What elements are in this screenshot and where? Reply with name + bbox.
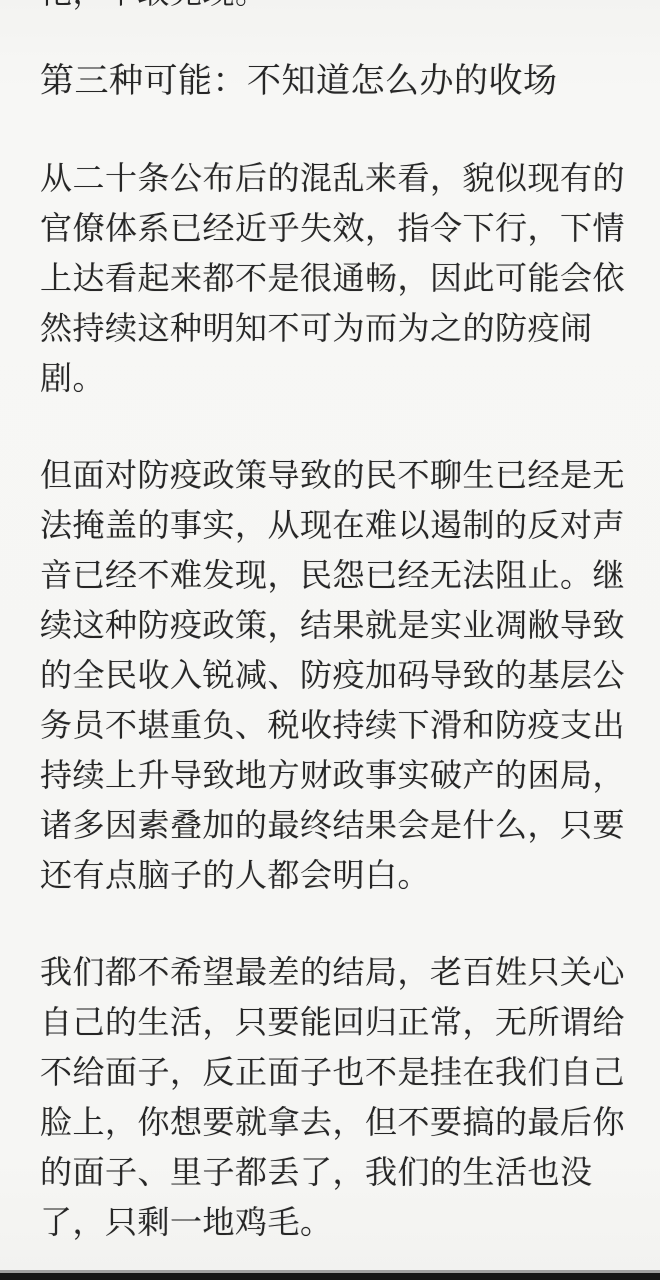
text-line: 持续上升导致地方财政事实破产的困局， xyxy=(40,750,622,800)
paragraph: 从二十条公布后的混乱来看，貌似现有的官僚体系已经近乎失效，指令下行，下情上达看起… xyxy=(40,153,622,403)
screen-edge-bar xyxy=(0,1273,660,1280)
screen-bottom-edge xyxy=(0,1270,660,1280)
text-line: 然持续这种明知不可为而为之的防疫闹 xyxy=(40,303,622,353)
text-line: 续这种防疫政策，结果就是实业凋敝导致 xyxy=(40,600,622,650)
article-content: 化，不敢兑现。 第三种可能：不知道怎么办的收场 从二十条公布后的混乱来看，貌似现… xyxy=(0,0,660,1247)
text-line: 还有点脑子的人都会明白。 xyxy=(40,850,622,900)
section-heading: 第三种可能：不知道怎么办的收场 xyxy=(40,56,622,106)
clipped-line-text: 化，不敢兑现。 xyxy=(40,0,622,10)
text-line: 了，只剩一地鸡毛。 xyxy=(40,1197,622,1247)
article-page: 化，不敢兑现。 第三种可能：不知道怎么办的收场 从二十条公布后的混乱来看，貌似现… xyxy=(0,0,660,1280)
clipped-paragraph-line: 化，不敢兑现。 xyxy=(40,0,622,10)
text-line: 我们都不希望最差的结局，老百姓只关心 xyxy=(40,947,622,997)
text-line: 自己的生活，只要能回归正常，无所谓给 xyxy=(40,997,622,1047)
text-line: 不给面子，反正面子也不是挂在我们自己 xyxy=(40,1047,622,1097)
text-line: 务员不堪重负、税收持续下滑和防疫支出 xyxy=(40,700,622,750)
text-line: 音已经不难发现，民怨已经无法阻止。继 xyxy=(40,550,622,600)
text-line: 但面对防疫政策导致的民不聊生已经是无 xyxy=(40,450,622,500)
text-line: 的面子、里子都丢了，我们的生活也没 xyxy=(40,1147,622,1197)
text-line: 的全民收入锐减、防疫加码导致的基层公 xyxy=(40,650,622,700)
text-line: 法掩盖的事实，从现在难以遏制的反对声 xyxy=(40,500,622,550)
text-line: 从二十条公布后的混乱来看，貌似现有的 xyxy=(40,153,622,203)
paragraph: 但面对防疫政策导致的民不聊生已经是无法掩盖的事实，从现在难以遏制的反对声音已经不… xyxy=(40,450,622,900)
text-line: 诸多因素叠加的最终结果会是什么，只要 xyxy=(40,800,622,850)
text-line: 上达看起来都不是很通畅，因此可能会依 xyxy=(40,253,622,303)
paragraph: 我们都不希望最差的结局，老百姓只关心自己的生活，只要能回归正常，无所谓给不给面子… xyxy=(40,947,622,1247)
text-line: 官僚体系已经近乎失效，指令下行，下情 xyxy=(40,203,622,253)
article-body: 从二十条公布后的混乱来看，貌似现有的官僚体系已经近乎失效，指令下行，下情上达看起… xyxy=(40,153,622,1247)
text-line: 剧。 xyxy=(40,353,622,403)
text-line: 脸上，你想要就拿去，但不要搞的最后你 xyxy=(40,1097,622,1147)
